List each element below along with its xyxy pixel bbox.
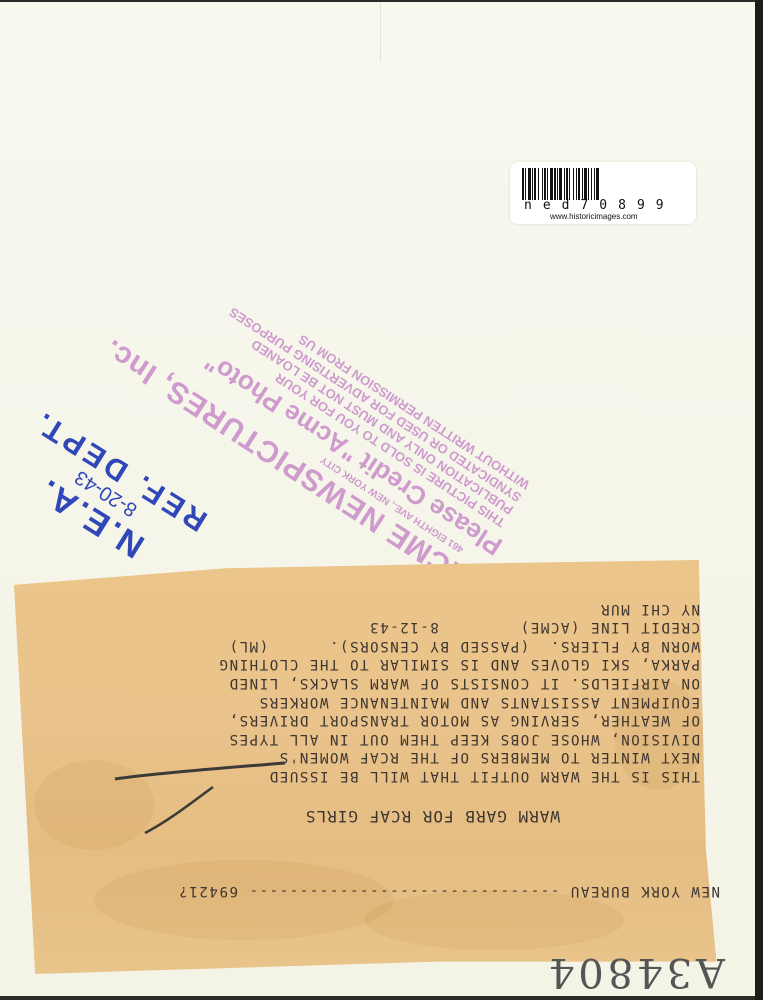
caption-line: ON AIRFIELDS. IT CONSISTS OF WARM SLACKS… — [218, 673, 700, 692]
crease — [380, 2, 381, 62]
pen-mark — [95, 745, 295, 835]
caption-line: WORN BY FLIERS. (PASSED BY CENSORS). (ML… — [218, 636, 700, 655]
barcode-url: www.historicimages.com — [550, 212, 638, 221]
caption-bureau: NEW YORK BUREAU ------------------------… — [178, 881, 720, 900]
caption-code: 69421? — [178, 883, 238, 899]
barcode-id: ned70899 — [524, 198, 686, 213]
caption-line: OF WEATHER, SERVING AS MOTOR TRANSPORT D… — [218, 711, 700, 730]
nea-stamp: N.E.A. 8-20-43 REF. DEPT. — [0, 400, 210, 600]
caption-line: EQUIPMENT ASSISTANTS AND MAINTENANCE WOR… — [218, 692, 700, 711]
caption-line: PARKA, SKI GLOVES AND IS SIMILAR TO THE … — [218, 655, 700, 674]
caption-text: NEW YORK BUREAU ------------------------… — [40, 575, 710, 895]
barcode-bars — [522, 168, 687, 200]
caption-line: CREDIT LINE (ACME) 8-12-43 — [218, 618, 700, 637]
caption-line: NY CHI MUR — [218, 599, 700, 618]
handwritten-number: A34804 — [525, 940, 725, 995]
barcode-sticker: ned70899 www.historicimages.com — [510, 162, 696, 224]
scan-edge — [755, 0, 763, 1000]
caption-headline: WARM GARB FOR RCAF GIRLS — [305, 806, 560, 825]
